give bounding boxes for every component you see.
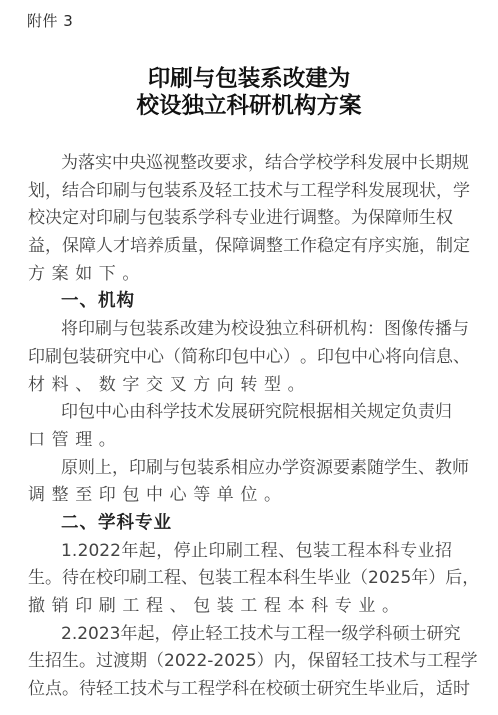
intro-line: 校决定对印刷与包装系学科专业进行调整。为保障师生权 — [28, 205, 452, 233]
section2-item1-line: 1.2022年起，停止印刷工程、包装工程本科专业招 — [28, 538, 452, 566]
attachment-label: 附件 3 — [27, 10, 73, 31]
section1-para1-line: 材料、数字交叉方向转型。 — [28, 372, 452, 400]
section2-item1-line: 生。待在校印刷工程、包装工程本科生毕业（2025年）后， — [28, 565, 452, 593]
section2-item2-line: 位点。待轻工技术与工程学科在校硕士研究生毕业后，适时 — [28, 676, 452, 704]
intro-line: 为落实中央巡视整改要求，结合学校学科发展中长期规 — [28, 150, 452, 178]
section-heading-institution: 一、机构 — [28, 288, 452, 316]
section1-para2-line: 口管理。 — [28, 427, 452, 455]
section1-para1-line: 将印刷与包装系改建为校设独立科研机构：图像传播与 — [28, 316, 452, 344]
intro-line: 益，保障人才培养质量，保障调整工作稳定有序实施，制定 — [28, 233, 452, 261]
document-title-line-2: 校设独立科研机构方案 — [0, 93, 498, 119]
section1-para3-line: 调整至印包中心等单位。 — [28, 482, 452, 510]
intro-line: 划，结合印刷与包装系及轻工技术与工程学科发展现状，学 — [28, 178, 452, 206]
section1-para3-line: 原则上，印刷与包装系相应办学资源要素随学生、教师 — [28, 455, 452, 483]
section1-para1-line: 印刷包装研究中心（简称印包中心）。印包中心将向信息、 — [28, 344, 452, 372]
section-heading-disciplines: 二、学科专业 — [28, 510, 452, 538]
intro-line: 方案如下。 — [28, 261, 452, 289]
section1-para2-line: 印包中心由科学技术发展研究院根据相关规定负责归 — [28, 399, 452, 427]
document-body: 为落实中央巡视整改要求，结合学校学科发展中长期规 划，结合印刷与包装系及轻工技术… — [28, 150, 452, 704]
document-title-line-1: 印刷与包装系改建为 — [0, 66, 498, 92]
section2-item1-line: 撤销印刷工程、包装工程本科专业。 — [28, 593, 452, 621]
section2-item2-line: 2.2023年起，停止轻工技术与工程一级学科硕士研究 — [28, 621, 452, 649]
section2-item2-line: 生招生。过渡期（2022-2025）内，保留轻工技术与工程学 — [28, 648, 452, 676]
